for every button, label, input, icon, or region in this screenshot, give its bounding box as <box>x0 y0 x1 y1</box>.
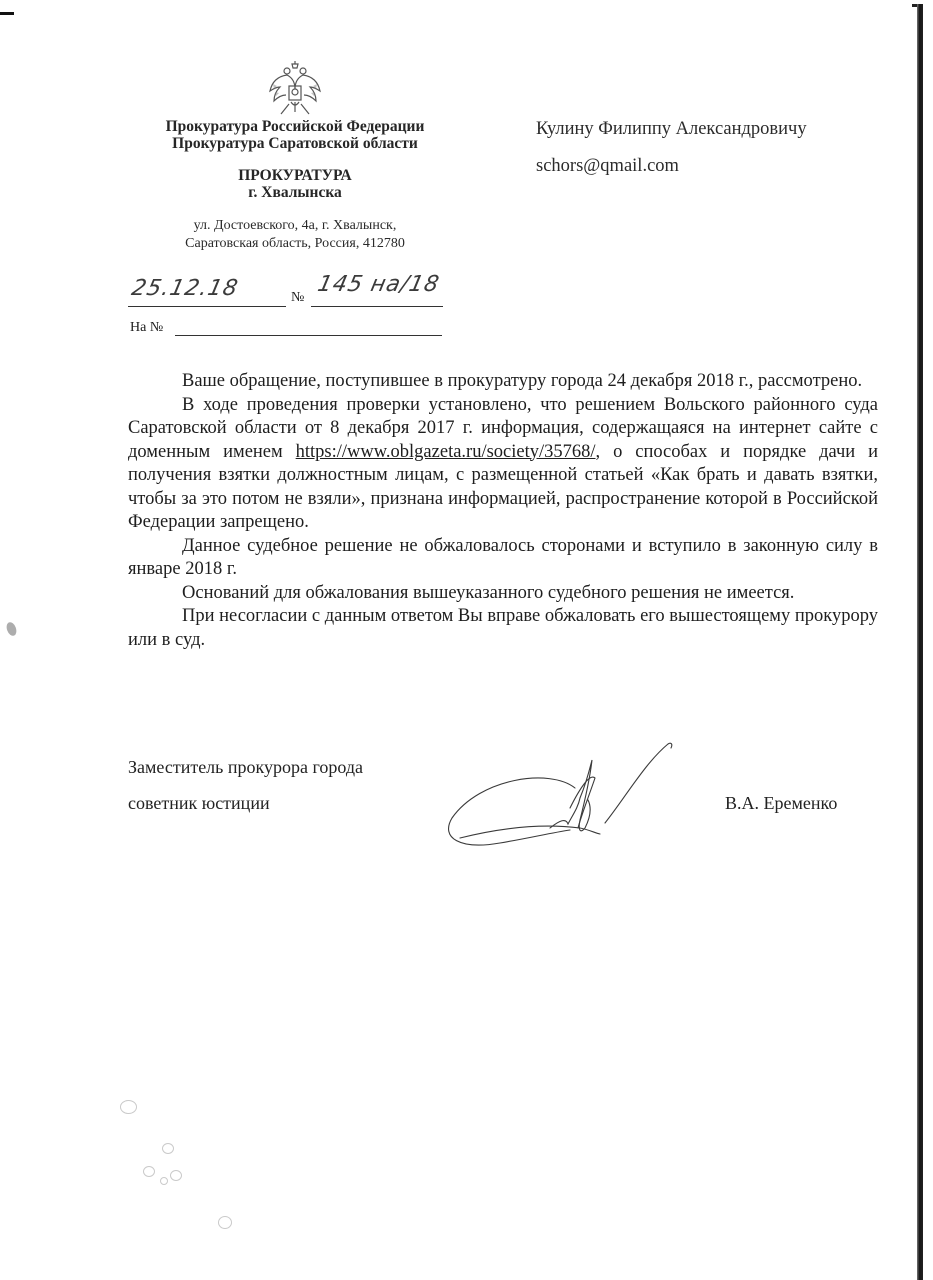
paragraph-findings: В ходе проведения проверки установлено, … <box>128 394 878 535</box>
paragraph-receipt: Ваше обращение, поступившее в прокуратур… <box>128 370 878 394</box>
registration-date-line <box>128 306 286 307</box>
scan-edge-mark <box>0 12 14 15</box>
office-address-line-1: ул. Достоевского, 4а, г. Хвалынск, <box>120 217 470 235</box>
signatory-position: Заместитель прокурора города <box>128 757 363 778</box>
signatory-rank: советник юстиции <box>128 793 270 814</box>
registration-number-line <box>311 306 443 307</box>
registration-number-label: № <box>291 290 304 306</box>
org-name-federal: Прокуратура Российской Федерации <box>120 118 470 135</box>
recipient-email: schors@qmail.com <box>536 148 807 185</box>
org-name-regional: Прокуратура Саратовской области <box>120 135 470 152</box>
registration-date-handwritten: 25.12.18 <box>129 276 240 301</box>
russian-coat-of-arms-icon <box>265 58 325 118</box>
registration-number-handwritten: 145 на/18 <box>315 272 442 297</box>
scan-speck <box>162 1143 174 1154</box>
scan-speck <box>143 1166 155 1177</box>
reference-number-line <box>175 335 442 336</box>
scan-page-edge <box>917 4 923 1280</box>
paragraph-appeal-rights: При несогласии с данным ответом Вы вправ… <box>128 605 878 652</box>
office-title: ПРОКУРАТУРА <box>120 167 470 184</box>
reference-row: На № <box>130 320 450 340</box>
scan-smudge <box>5 621 18 637</box>
paragraph-no-grounds: Оснований для обжалования вышеуказанного… <box>128 582 878 606</box>
letterhead: Прокуратура Российской Федерации Прокура… <box>120 58 470 253</box>
letter-body: Ваше обращение, поступившее в прокуратур… <box>128 370 878 652</box>
scan-speck <box>120 1100 137 1114</box>
scan-speck <box>218 1216 232 1229</box>
office-address-line-2: Саратовская область, Россия, 412780 <box>120 235 470 253</box>
recipient-block: Кулину Филиппу Александровичу schors@qma… <box>536 111 807 185</box>
signatory-name: В.А. Еременко <box>725 793 837 814</box>
paragraph-court-decision: Данное судебное решение не обжаловалось … <box>128 535 878 582</box>
handwritten-signature-icon <box>440 738 680 858</box>
registration-row: 25.12.18 № 145 на/18 <box>128 272 448 312</box>
article-url: https://www.oblgazeta.ru/society/35768/ <box>296 442 596 462</box>
office-city: г. Хвалынска <box>120 184 470 201</box>
scan-speck <box>160 1177 168 1185</box>
recipient-name: Кулину Филиппу Александровичу <box>536 111 807 148</box>
reference-number-label: На № <box>130 320 163 336</box>
scan-speck <box>170 1170 182 1181</box>
